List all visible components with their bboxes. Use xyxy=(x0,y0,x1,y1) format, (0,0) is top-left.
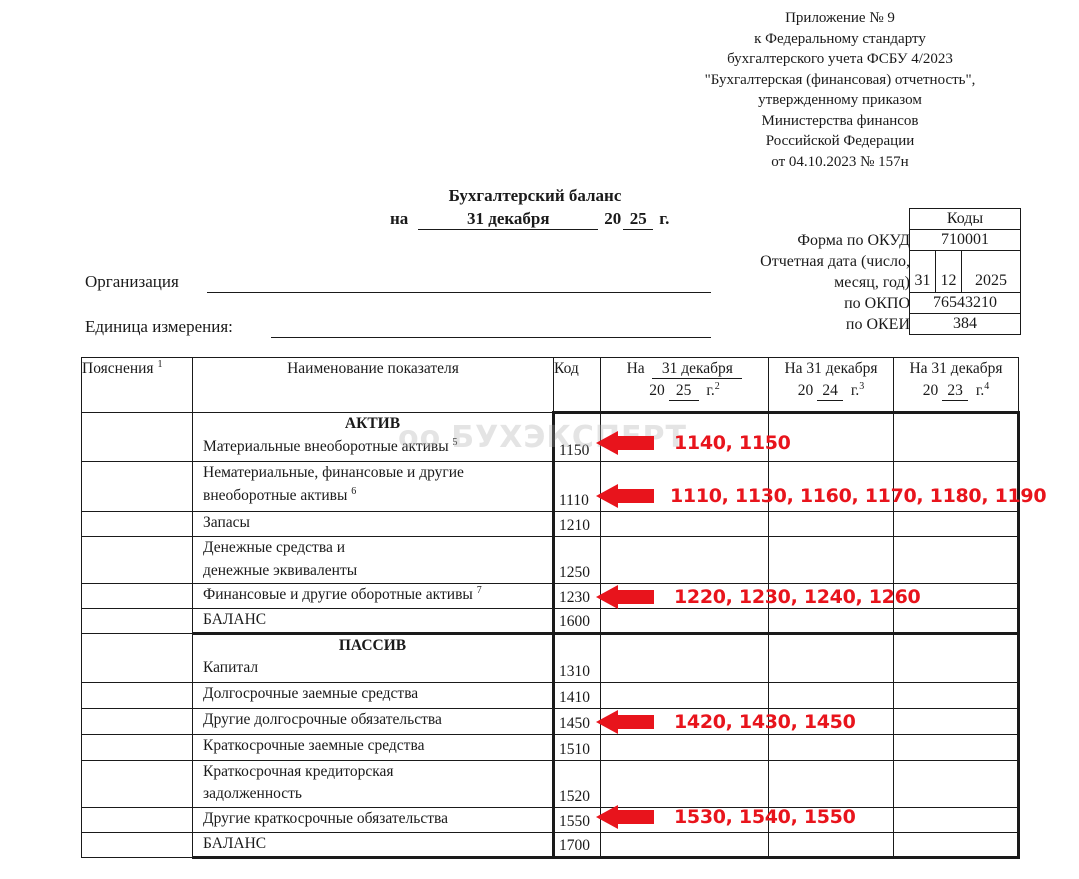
explanation-cell[interactable] xyxy=(82,609,193,634)
explanation-cell[interactable] xyxy=(82,682,193,708)
appendix-line: бухгалтерского учета ФСБУ 4/2023 xyxy=(690,49,990,70)
value-cell[interactable] xyxy=(894,633,1019,682)
unit-field[interactable] xyxy=(271,337,711,338)
okpo-value[interactable]: 76543210 xyxy=(910,293,1020,314)
row-code: 1230 xyxy=(554,584,601,609)
row-code: 1510 xyxy=(554,734,601,760)
section-assets: АКТИВ xyxy=(203,413,552,436)
okei-label: по ОКЕИ xyxy=(700,314,910,335)
report-month-value[interactable]: 12 xyxy=(936,251,962,292)
appendix-line: Российской Федерации xyxy=(690,131,990,152)
value-cell[interactable] xyxy=(894,682,1019,708)
table-row: Финансовые и другие оборотные активы 7 1… xyxy=(82,584,1019,609)
value-cell[interactable] xyxy=(894,512,1019,537)
value-cell[interactable] xyxy=(769,734,894,760)
codes-header: Коды xyxy=(910,209,1020,230)
value-cell[interactable] xyxy=(769,760,894,807)
value-cell[interactable] xyxy=(601,609,769,634)
report-year-value[interactable]: 2025 xyxy=(962,251,1020,292)
row-name: Другие краткосрочные обязательства xyxy=(193,807,554,832)
value-cell[interactable] xyxy=(894,734,1019,760)
section-liabilities: ПАССИВ xyxy=(203,635,552,658)
value-cell[interactable] xyxy=(769,807,894,832)
table-header-row: Пояснения 1 Наименование показателя Код … xyxy=(82,358,1019,413)
row-name: Нематериальные, финансовые и другие внео… xyxy=(193,462,554,512)
document-title: Бухгалтерский баланс xyxy=(380,186,690,206)
explanation-cell[interactable] xyxy=(82,708,193,734)
table-row: Денежные средства и денежные эквиваленты… xyxy=(82,537,1019,584)
report-date-label-2: месяц, год) xyxy=(700,272,910,293)
report-day-value[interactable]: 31 xyxy=(910,251,936,292)
row-code: 1150 xyxy=(554,413,601,462)
explanation-cell[interactable] xyxy=(82,832,193,857)
table-row: Долгосрочные заемные средства 1410 xyxy=(82,682,1019,708)
value-cell[interactable] xyxy=(601,537,769,584)
year-unit: г. xyxy=(659,209,669,228)
explanation-cell[interactable] xyxy=(82,512,193,537)
row-name: Запасы xyxy=(193,512,554,537)
explanation-cell[interactable] xyxy=(82,584,193,609)
okud-value[interactable]: 710001 xyxy=(910,230,1020,251)
row-name: Финансовые и другие оборотные активы 7 xyxy=(193,584,554,609)
row-name: БАЛАНС xyxy=(193,609,554,634)
appendix-line: Приложение № 9 xyxy=(690,8,990,29)
value-cell[interactable] xyxy=(601,734,769,760)
value-cell[interactable] xyxy=(769,512,894,537)
table-row: Другие долгосрочные обязательства 1450 xyxy=(82,708,1019,734)
value-cell[interactable] xyxy=(894,584,1019,609)
value-cell[interactable] xyxy=(769,584,894,609)
row-name: АКТИВМатериальные внеоборотные активы 5 xyxy=(193,413,554,462)
appendix-line: к Федеральному стандарту xyxy=(690,29,990,50)
value-cell[interactable] xyxy=(894,609,1019,634)
value-cell[interactable] xyxy=(894,708,1019,734)
value-cell[interactable] xyxy=(769,462,894,512)
codes-box: Коды 710001 31 12 2025 76543210 384 xyxy=(909,208,1021,335)
table-row: Нематериальные, финансовые и другие внео… xyxy=(82,462,1019,512)
header-col2: На 31 декабря 20 24 г.3 xyxy=(769,358,894,413)
appendix-line: от 04.10.2023 № 157н xyxy=(690,152,990,173)
explanation-cell[interactable] xyxy=(82,413,193,462)
value-cell[interactable] xyxy=(601,462,769,512)
okei-value[interactable]: 384 xyxy=(910,314,1020,334)
explanation-cell[interactable] xyxy=(82,807,193,832)
row-code: 1410 xyxy=(554,682,601,708)
row-code: 1210 xyxy=(554,512,601,537)
header-col3: На 31 декабря 20 23 г.4 xyxy=(894,358,1019,413)
table-row-total-assets: БАЛАНС 1600 xyxy=(82,609,1019,634)
value-cell[interactable] xyxy=(601,807,769,832)
explanation-cell[interactable] xyxy=(82,633,193,682)
row-name: Денежные средства и денежные эквиваленты xyxy=(193,537,554,584)
row-name: БАЛАНС xyxy=(193,832,554,857)
organization-label: Организация xyxy=(85,272,179,292)
report-date-cells: 31 12 2025 xyxy=(910,251,1020,293)
value-cell[interactable] xyxy=(601,760,769,807)
appendix-header: Приложение № 9 к Федеральному стандарту … xyxy=(690,8,990,172)
row-code: 1700 xyxy=(554,832,601,857)
report-date-field[interactable]: 31 декабря xyxy=(418,209,598,230)
value-cell[interactable] xyxy=(769,413,894,462)
table-row-total-liabilities: БАЛАНС 1700 xyxy=(82,832,1019,857)
row-name: Другие долгосрочные обязательства xyxy=(193,708,554,734)
value-cell[interactable] xyxy=(769,682,894,708)
appendix-line: Министерства финансов xyxy=(690,111,990,132)
organization-field[interactable] xyxy=(207,292,711,293)
header-col1: На 31 декабря 20 25 г.2 xyxy=(601,358,769,413)
balance-table: Пояснения 1 Наименование показателя Код … xyxy=(81,357,1020,859)
row-name: Долгосрочные заемные средства xyxy=(193,682,554,708)
row-code: 1110 xyxy=(554,462,601,512)
report-date-label-1: Отчетная дата (число, xyxy=(700,251,910,272)
value-cell[interactable] xyxy=(894,807,1019,832)
value-cell[interactable] xyxy=(894,537,1019,584)
header-explanations: Пояснения 1 xyxy=(82,358,193,413)
value-cell[interactable] xyxy=(601,413,769,462)
header-name: Наименование показателя xyxy=(193,358,554,413)
row-code: 1310 xyxy=(554,633,601,682)
table-row: Краткосрочные заемные средства 1510 xyxy=(82,734,1019,760)
row-name: Краткосрочные заемные средства xyxy=(193,734,554,760)
header-code: Код xyxy=(554,358,601,413)
report-year-field[interactable]: 25 xyxy=(623,209,653,230)
value-cell[interactable] xyxy=(601,682,769,708)
value-cell[interactable] xyxy=(769,537,894,584)
value-cell[interactable] xyxy=(601,512,769,537)
codes-labels: Форма по ОКУД Отчетная дата (число, меся… xyxy=(700,230,910,335)
table-row: Запасы 1210 xyxy=(82,512,1019,537)
appendix-line: "Бухгалтерская (финансовая) отчетность", xyxy=(690,70,990,91)
table-row: АКТИВМатериальные внеоборотные активы 5 … xyxy=(82,413,1019,462)
value-cell[interactable] xyxy=(769,633,894,682)
explanation-cell[interactable] xyxy=(82,537,193,584)
row-name: ПАССИВКапитал xyxy=(193,633,554,682)
value-cell[interactable] xyxy=(601,832,769,857)
appendix-line: утвержденному приказом xyxy=(690,90,990,111)
report-date-line: на31 декабря2025г. xyxy=(390,209,669,230)
table-row: Другие краткосрочные обязательства 1550 xyxy=(82,807,1019,832)
value-cell[interactable] xyxy=(894,832,1019,857)
value-cell[interactable] xyxy=(601,708,769,734)
row-code: 1450 xyxy=(554,708,601,734)
value-cell[interactable] xyxy=(894,413,1019,462)
value-cell[interactable] xyxy=(894,760,1019,807)
value-cell[interactable] xyxy=(769,609,894,634)
value-cell[interactable] xyxy=(601,633,769,682)
value-cell[interactable] xyxy=(769,832,894,857)
row-code: 1520 xyxy=(554,760,601,807)
explanation-cell[interactable] xyxy=(82,462,193,512)
explanation-cell[interactable] xyxy=(82,760,193,807)
okud-label: Форма по ОКУД xyxy=(700,230,910,251)
century: 20 xyxy=(604,209,621,228)
date-prefix: на xyxy=(390,209,408,228)
value-cell[interactable] xyxy=(894,462,1019,512)
row-code: 1550 xyxy=(554,807,601,832)
unit-label: Единица измерения: xyxy=(85,317,233,337)
table-row: Краткосрочная кредиторская задолженность… xyxy=(82,760,1019,807)
value-cell[interactable] xyxy=(769,708,894,734)
row-code: 1600 xyxy=(554,609,601,634)
row-code: 1250 xyxy=(554,537,601,584)
row-name: Краткосрочная кредиторская задолженность xyxy=(193,760,554,807)
okpo-label: по ОКПО xyxy=(700,293,910,314)
table-row: ПАССИВКапитал 1310 xyxy=(82,633,1019,682)
value-cell[interactable] xyxy=(601,584,769,609)
explanation-cell[interactable] xyxy=(82,734,193,760)
